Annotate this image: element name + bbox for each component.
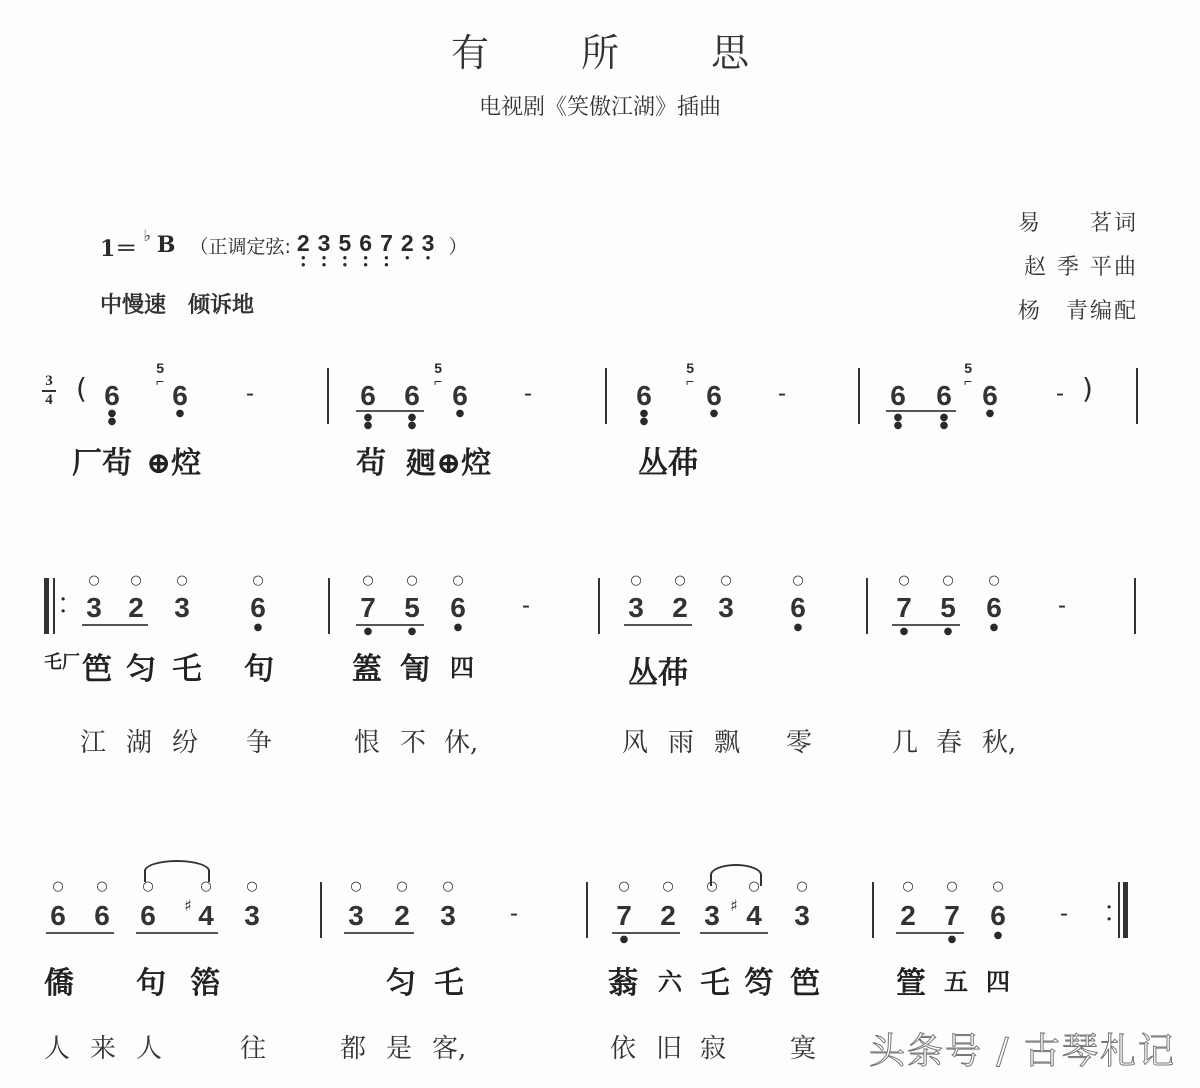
note: 7	[612, 902, 636, 930]
octave-dot-icon: ●	[400, 628, 424, 636]
harmonic-icon: ○	[194, 880, 218, 893]
note: 6	[702, 382, 726, 410]
dash: -	[524, 380, 532, 408]
harmonic-icon: ○	[400, 574, 424, 587]
tablature: 四	[450, 648, 474, 683]
lyric: 往	[240, 1028, 266, 1065]
bar-line	[598, 578, 600, 634]
grace-note: 5⌐	[964, 362, 972, 388]
dash: -	[246, 380, 254, 408]
time-signature: 34	[42, 374, 56, 408]
underline-beam	[136, 932, 218, 934]
underline-beam	[344, 932, 414, 934]
lyric: 秋,	[982, 722, 1016, 759]
tuning-notes: 2●● 3●● 5●● 6●● 7●● 2● 3●	[297, 232, 435, 268]
harmonic-icon: ○	[124, 574, 148, 587]
note: 6	[446, 594, 470, 622]
harmonic-icon: ○	[356, 574, 380, 587]
lyric: 春	[936, 722, 962, 759]
lyric: 飘	[714, 722, 740, 759]
harmonic-icon: ○	[436, 880, 460, 893]
underline-beam	[896, 932, 964, 934]
tablature: 厂茍	[72, 438, 132, 482]
harmonic-icon: ○	[742, 880, 766, 893]
dash: -	[522, 592, 530, 620]
bar-line	[866, 578, 868, 634]
harmonic-icon: ○	[892, 574, 916, 587]
note: 6	[978, 382, 1002, 410]
octave-dot-icon: ●	[940, 936, 964, 944]
tablature: 僑	[44, 958, 74, 1002]
dash: -	[1056, 380, 1064, 408]
lyric: 湖	[126, 722, 152, 759]
octave-dot-icon: ●	[892, 628, 916, 636]
octave-dot-icon: ●●	[100, 410, 124, 426]
note: 3	[170, 594, 194, 622]
dash: -	[1058, 592, 1066, 620]
lyric: 人	[44, 1028, 70, 1065]
tablature: 乇	[700, 958, 730, 1002]
dash: -	[510, 900, 518, 928]
tablature: 訇	[400, 644, 430, 688]
tablature: 四	[986, 962, 1010, 997]
harmonic-icon: ○	[240, 880, 264, 893]
note: 6	[886, 382, 910, 410]
note: 3	[700, 902, 724, 930]
song-title: 有所思	[0, 22, 1200, 77]
note: 3	[240, 902, 264, 930]
tablature: 笉	[744, 958, 774, 1002]
harmonic-icon: ○	[82, 574, 106, 587]
octave-dot-icon: ●	[448, 410, 472, 418]
song-subtitle: 电视剧《笑傲江湖》插曲	[0, 90, 1200, 121]
tuning-note: 2●	[401, 232, 414, 268]
octave-dot-icon: ●	[936, 628, 960, 636]
tablature: 句	[136, 958, 166, 1002]
lyricist-credit: 易 茗词	[1018, 202, 1138, 246]
arranger-credit: 杨 青编配	[1018, 290, 1138, 334]
octave-dot-icon: ●	[986, 932, 1010, 940]
key-note: B	[157, 232, 176, 258]
underline-beam	[700, 932, 768, 934]
tablature: 匀	[386, 958, 416, 1002]
note: 2	[124, 594, 148, 622]
tablature: 蓊	[608, 958, 638, 1002]
close-paren: )	[1082, 372, 1093, 405]
open-paren: (	[76, 372, 87, 405]
score-row-2: ·· ○ 3 ○ 2 ○ 3 ○ 6 ● ○ 7 ● ○ 5 ● ○ 6 ● -…	[40, 572, 1150, 652]
harmonic-icon: ○	[136, 880, 160, 893]
sharp-icon: ♯	[730, 896, 738, 915]
note: 3	[714, 594, 738, 622]
harmonic-icon: ○	[668, 574, 692, 587]
watermark: 头条号 / 古琴札记	[869, 1023, 1176, 1074]
key-label: 1＝	[100, 232, 137, 263]
harmonic-icon: ○	[90, 880, 114, 893]
bar-line	[605, 368, 607, 424]
lyric: 旧	[656, 1028, 682, 1065]
tablature: 丛茽	[638, 438, 698, 482]
lyric: 休,	[444, 722, 478, 759]
lyric: 寞	[790, 1028, 816, 1065]
tuning-note: 5●●	[338, 232, 351, 268]
octave-dot-icon: ●	[446, 624, 470, 632]
tablature: 乇	[172, 644, 202, 688]
underline-beam	[82, 624, 148, 626]
dash: -	[778, 380, 786, 408]
note: 7	[940, 902, 964, 930]
octave-dot-icon: ●	[978, 410, 1002, 418]
note: 6	[90, 902, 114, 930]
note: 7	[356, 594, 380, 622]
note: 5	[400, 594, 424, 622]
octave-dot-icon: ●	[246, 624, 270, 632]
note: 3	[436, 902, 460, 930]
grace-note: 5⌐	[686, 362, 694, 388]
note: 6	[136, 902, 160, 930]
note: 6	[400, 382, 424, 410]
bar-line	[1136, 368, 1138, 424]
tablature: 匀	[126, 644, 156, 688]
underline-beam	[46, 932, 114, 934]
tempo-marking: 中慢速 倾诉地	[100, 288, 254, 319]
note: 2	[656, 902, 680, 930]
sharp-icon: ♯	[184, 896, 192, 915]
harmonic-icon: ○	[940, 880, 964, 893]
note: 7	[892, 594, 916, 622]
note: 2	[390, 902, 414, 930]
note: 6	[46, 902, 70, 930]
harmonic-icon: ○	[982, 574, 1006, 587]
note: 6	[932, 382, 956, 410]
note: 6	[786, 594, 810, 622]
lyric: 恨	[354, 722, 380, 759]
score-row-3: ○ 6 ○ 6 ○ 6 ♯ ○ 4 ○ 3 ○ 3 ○ 2 ○ 3 - ○ 7 …	[40, 862, 1150, 942]
bar-line	[1134, 578, 1136, 634]
bar-line	[872, 882, 874, 938]
lyric: 几	[892, 722, 918, 759]
octave-dot-icon: ●	[612, 936, 636, 944]
harmonic-icon: ○	[786, 574, 810, 587]
lyric: 风	[622, 722, 648, 759]
lyric: 是	[386, 1028, 412, 1065]
tablature: 箮	[896, 958, 926, 1002]
bar-line	[320, 882, 322, 938]
harmonic-icon: ○	[896, 880, 920, 893]
harmonic-icon: ○	[936, 574, 960, 587]
harmonic-icon: ○	[790, 880, 814, 893]
underline-beam	[612, 932, 680, 934]
credits: 易 茗词 赵 季 平曲 杨 青编配	[1018, 202, 1138, 334]
octave-dot-icon: ●●	[886, 414, 910, 430]
octave-dot-icon: ●	[168, 410, 192, 418]
note: 6	[982, 594, 1006, 622]
lyric: 争	[246, 722, 272, 759]
note: 6	[246, 594, 270, 622]
tuning-note: 6●●	[359, 232, 372, 268]
tablature: 乇厂	[44, 648, 80, 674]
tablature: 箈	[190, 958, 220, 1002]
tablature: 六	[658, 962, 682, 997]
note: 6	[100, 382, 124, 410]
harmonic-icon: ○	[246, 574, 270, 587]
score-row-1: 34 ( 6 ●● 5⌐ 6 ● - 6 6 ●● ●● 5⌐ 6 ● - 6 …	[40, 362, 1150, 442]
lyric: 依	[610, 1028, 636, 1065]
note: 6	[448, 382, 472, 410]
octave-dot-icon: ●	[356, 628, 380, 636]
note: 2	[896, 902, 920, 930]
lyric: 零	[786, 722, 812, 759]
octave-dot-icon: ●●	[932, 414, 956, 430]
tablature: 乇	[434, 958, 464, 1002]
underline-beam	[892, 624, 960, 626]
flat-sign-icon: ♭	[143, 226, 151, 245]
lyric: 雨	[668, 722, 694, 759]
harmonic-icon: ○	[986, 880, 1010, 893]
bar-line	[328, 578, 330, 634]
note: 2	[668, 594, 692, 622]
tuning-note: 3●	[422, 232, 435, 268]
repeat-dots: ··	[1106, 902, 1112, 926]
harmonic-icon: ○	[656, 880, 680, 893]
harmonic-icon: ○	[700, 880, 724, 893]
grace-note: 5⌐	[156, 362, 164, 388]
key-signature: 1＝ ♭ B （正调定弦: 2●● 3●● 5●● 6●● 7●● 2● 3● …	[100, 232, 467, 268]
composer-credit: 赵 季 平曲	[1018, 246, 1138, 290]
tablature: 茍	[356, 438, 386, 482]
octave-dot-icon: ●	[982, 624, 1006, 632]
tuning-label: （正调定弦:	[189, 232, 290, 259]
lyric: 江	[80, 722, 106, 759]
lyric: 客,	[432, 1028, 466, 1065]
tablature: 笆	[790, 958, 820, 1002]
tablature: 五	[944, 962, 968, 997]
note: 3	[624, 594, 648, 622]
octave-dot-icon: ●●	[400, 414, 424, 430]
lyric: 不	[400, 722, 426, 759]
grace-note: 5⌐	[434, 362, 442, 388]
lyric: 都	[340, 1028, 366, 1065]
harmonic-icon: ○	[612, 880, 636, 893]
harmonic-icon: ○	[624, 574, 648, 587]
underline-beam	[624, 624, 692, 626]
octave-dot-icon: ●	[786, 624, 810, 632]
harmonic-icon: ○	[714, 574, 738, 587]
lyric: 人	[136, 1028, 162, 1065]
harmonic-icon: ○	[446, 574, 470, 587]
harmonic-icon: ○	[390, 880, 414, 893]
note: 6	[986, 902, 1010, 930]
repeat-end-bar	[1118, 882, 1130, 938]
tablature: ⊕焢	[146, 438, 201, 482]
tablature: 篕	[352, 644, 382, 688]
note: 6	[632, 382, 656, 410]
note: 5	[936, 594, 960, 622]
harmonic-icon: ○	[46, 880, 70, 893]
note: 6	[168, 382, 192, 410]
dash: -	[1060, 900, 1068, 928]
repeat-start-bar	[44, 578, 56, 634]
note: 4	[194, 902, 218, 930]
note: 4	[742, 902, 766, 930]
harmonic-icon: ○	[344, 880, 368, 893]
bar-line	[327, 368, 329, 424]
tablature: 𢌞⊕焢	[406, 438, 491, 482]
note: 3	[790, 902, 814, 930]
lyric: 纷	[172, 722, 198, 759]
underline-beam	[356, 624, 424, 626]
tuning-close: ）	[448, 232, 467, 259]
note: 3	[82, 594, 106, 622]
bar-line	[858, 368, 860, 424]
tuning-note: 2●●	[297, 232, 310, 268]
note: 6	[356, 382, 380, 410]
bar-line	[586, 882, 588, 938]
tablature: 句	[244, 644, 274, 688]
octave-dot-icon: ●●	[632, 410, 656, 426]
tablature: 丛茽	[628, 648, 688, 692]
note: 3	[344, 902, 368, 930]
octave-dot-icon: ●	[702, 410, 726, 418]
lyric: 来	[90, 1028, 116, 1065]
tuning-note: 7●●	[380, 232, 393, 268]
harmonic-icon: ○	[170, 574, 194, 587]
lyric: 寂	[700, 1028, 726, 1065]
tablature: 笆	[82, 644, 112, 688]
octave-dot-icon: ●●	[356, 414, 380, 430]
tuning-note: 3●●	[318, 232, 331, 268]
repeat-dots: ··	[60, 594, 66, 618]
